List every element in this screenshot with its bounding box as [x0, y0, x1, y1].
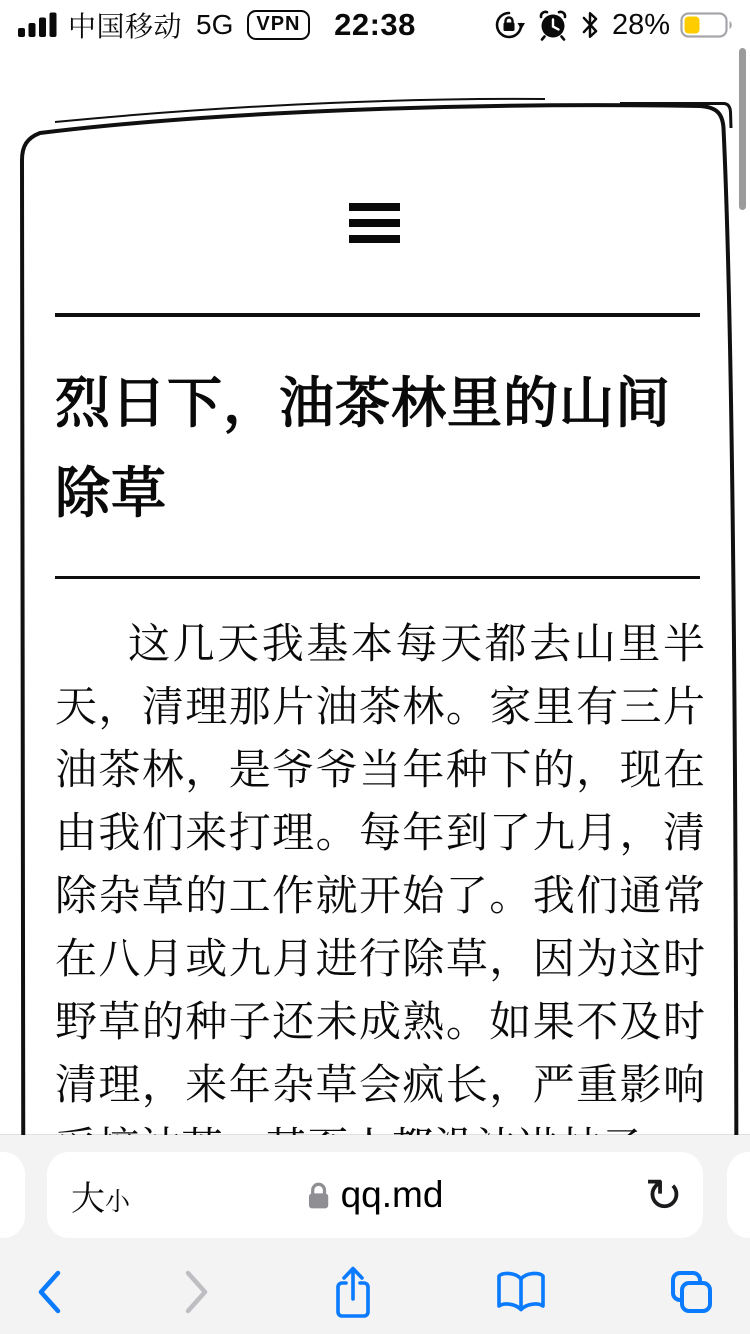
hamburger-bar	[349, 219, 400, 227]
article-paragraph: 这几天我基本每天都去山里半天，清理那片油茶林。家里有三片油茶林，是爷爷当年种下的…	[55, 612, 705, 1179]
reload-button[interactable]: ↻	[644, 1175, 683, 1215]
scrollbar-thumb[interactable]	[739, 48, 746, 210]
cellular-signal-icon	[18, 12, 58, 38]
next-tab-peek[interactable]	[727, 1152, 750, 1238]
article-title: 烈日下，油茶林里的山间除草	[55, 358, 705, 538]
battery-percent-label: 28%	[612, 9, 670, 42]
text-size-button[interactable]: 大 小	[67, 1171, 134, 1220]
divider-line	[55, 576, 700, 579]
url-label: qq.md	[341, 1174, 444, 1216]
back-button[interactable]	[34, 1268, 64, 1316]
text-size-small-label: 小	[105, 1182, 130, 1218]
tabs-button[interactable]	[666, 1268, 716, 1316]
divider-line	[55, 313, 700, 317]
hamburger-menu-button[interactable]	[349, 203, 400, 243]
carrier-label: 中国移动	[68, 5, 182, 45]
alarm-clock-icon	[536, 8, 570, 42]
hamburger-bar	[349, 235, 400, 243]
url-display[interactable]: qq.md	[307, 1174, 444, 1216]
address-bar[interactable]: 大 小 qq.md ↻	[47, 1152, 703, 1238]
status-bar-right: 28%	[492, 8, 734, 42]
battery-icon	[680, 12, 734, 38]
battery-fill	[685, 17, 700, 34]
share-icon	[330, 1263, 376, 1321]
safari-toolbar	[0, 1257, 750, 1327]
tabs-icon	[666, 1268, 716, 1316]
share-button[interactable]	[330, 1263, 376, 1321]
padlock-icon	[307, 1180, 331, 1210]
open-book-icon	[494, 1269, 548, 1315]
previous-tab-peek[interactable]	[0, 1152, 25, 1238]
status-bar-left: 中国移动 5G VPN	[18, 5, 310, 45]
bookmarks-button[interactable]	[494, 1269, 548, 1315]
orientation-lock-icon	[492, 8, 526, 42]
safari-bottom-bar: 大 小 qq.md ↻	[0, 1135, 750, 1334]
bluetooth-icon	[580, 9, 600, 41]
text-size-big-label: 大	[71, 1171, 105, 1220]
clock-label: 22:38	[334, 4, 416, 46]
reload-icon: ↻	[644, 1169, 683, 1221]
hamburger-bar	[349, 203, 400, 211]
back-chevron-icon	[34, 1268, 64, 1316]
iphone-screen: 中国移动 5G VPN 22:38 28%	[0, 0, 750, 1334]
network-type-label: 5G	[196, 9, 233, 41]
forward-chevron-icon	[182, 1268, 212, 1316]
vpn-badge: VPN	[247, 10, 309, 40]
forward-button[interactable]	[182, 1268, 212, 1316]
status-bar: 中国移动 5G VPN 22:38 28%	[0, 0, 750, 46]
